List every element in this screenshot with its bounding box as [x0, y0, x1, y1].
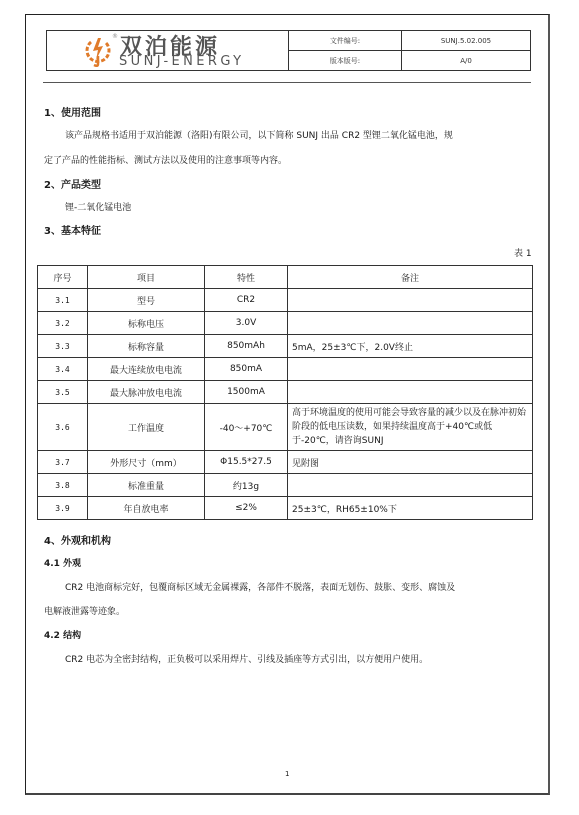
version-row: 版本版号: A/0 — [289, 50, 530, 70]
cell-note — [288, 358, 533, 381]
table-row: 3.2 标称电压 3.0V — [38, 312, 533, 335]
cell-item: 最大脉冲放电电流 — [88, 381, 205, 404]
doc-number-label: 文件编号: — [289, 31, 402, 50]
cell-seq: 3.7 — [38, 451, 88, 474]
table-row: 3.8 标准重量 约13g — [38, 474, 533, 497]
cell-seq: 3.6 — [38, 404, 88, 451]
table-row: 3.5 最大脉冲放电电流 1500mA — [38, 381, 533, 404]
table-header-row: 序号 项目 特性 备注 — [38, 266, 533, 289]
cell-seq: 3.8 — [38, 474, 88, 497]
cell-seq: 3.4 — [38, 358, 88, 381]
cell-note — [288, 289, 533, 312]
section-4-title: 4、外观和机构 — [44, 532, 111, 547]
cell-seq: 3.1 — [38, 289, 88, 312]
section-4-1-line-1: CR2 电池商标完好，包覆商标区域无金属裸露，各部件不脱落，表面无划伤、鼓胀、变… — [65, 580, 455, 593]
cell-seq: 3.3 — [38, 335, 88, 358]
cell-spec: 3.0V — [205, 312, 288, 335]
cell-item: 标称容量 — [88, 335, 205, 358]
section-4-1-line-2: 电解液泄露等迹象。 — [44, 604, 125, 617]
cell-spec: 1500mA — [205, 381, 288, 404]
cell-seq: 3.5 — [38, 381, 88, 404]
header-seq: 序号 — [38, 266, 88, 289]
cell-note: 25±3℃，RH65±10%下 — [288, 497, 533, 520]
version-value: A/0 — [402, 51, 530, 70]
cell-item: 型号 — [88, 289, 205, 312]
section-1-line-1: 该产品规格书适用于双泊能源（洛阳)有限公司，以下简称 SUNJ 出品 CR2 型… — [65, 128, 453, 141]
cell-spec: -40～+70℃ — [205, 404, 288, 451]
cell-note: 高于环境温度的使用可能会导致容量的减少以及在脉冲初始阶段的低电压读数，如果持续温… — [288, 404, 533, 451]
table-row: 3.3 标称容量 850mAh 5mA，25±3℃下，2.0V终止 — [38, 335, 533, 358]
table-row: 3.1 型号 CR2 — [38, 289, 533, 312]
header-divider — [43, 82, 531, 83]
doc-number-value: SUNJ.5.02.005 — [402, 31, 530, 50]
cell-spec: Φ15.5*27.5 — [205, 451, 288, 474]
page-number: 1 — [285, 770, 289, 778]
section-2-body: 锂-二氧化锰电池 — [65, 200, 131, 213]
cell-seq: 3.2 — [38, 312, 88, 335]
version-label: 版本版号: — [289, 51, 402, 70]
cell-spec: CR2 — [205, 289, 288, 312]
cell-item: 外形尺寸（mm） — [88, 451, 205, 474]
section-1-title: 1、使用范围 — [44, 104, 101, 119]
logo-english-name: SUNJ-ENERGY — [119, 54, 245, 69]
header-item: 项目 — [88, 266, 205, 289]
cell-item: 最大连续放电电流 — [88, 358, 205, 381]
table-row: 3.6 工作温度 -40～+70℃ 高于环境温度的使用可能会导致容量的减少以及在… — [38, 404, 533, 451]
cell-item: 年自放电率 — [88, 497, 205, 520]
section-4-2-title: 4.2 结构 — [44, 628, 81, 641]
cell-note — [288, 381, 533, 404]
company-logo: ® 双泊能源 SUNJ-ENERGY — [47, 31, 289, 70]
section-2-title: 2、产品类型 — [44, 176, 101, 191]
cell-note — [288, 474, 533, 497]
section-3-title: 3、基本特征 — [44, 222, 101, 237]
cell-spec: 850mA — [205, 358, 288, 381]
cell-item: 标准重量 — [88, 474, 205, 497]
lightning-logo-icon — [83, 34, 113, 68]
header-block: ® 双泊能源 SUNJ-ENERGY 文件编号: SUNJ.5.02.005 版… — [46, 30, 531, 71]
cell-note: 见附图 — [288, 451, 533, 474]
cell-seq: 3.9 — [38, 497, 88, 520]
cell-note — [288, 312, 533, 335]
spec-table: 序号 项目 特性 备注 3.1 型号 CR2 3.2 标称电压 3.0V 3.3… — [37, 265, 533, 520]
table-row: 3.7 外形尺寸（mm） Φ15.5*27.5 见附图 — [38, 451, 533, 474]
section-4-1-title: 4.1 外观 — [44, 556, 81, 569]
cell-note: 5mA，25±3℃下，2.0V终止 — [288, 335, 533, 358]
table-row: 3.9 年自放电率 ≤2% 25±3℃，RH65±10%下 — [38, 497, 533, 520]
cell-spec: 约13g — [205, 474, 288, 497]
cell-spec: 850mAh — [205, 335, 288, 358]
doc-number-row: 文件编号: SUNJ.5.02.005 — [289, 31, 530, 50]
section-4-2-body: CR2 电芯为全密封结构，正负极可以采用焊片、引线及插座等方式引出，以方便用户使… — [65, 652, 428, 665]
cell-item: 标称电压 — [88, 312, 205, 335]
registered-mark: ® — [112, 33, 118, 40]
section-1-line-2: 定了产品的性能指标、测试方法以及使用的注意事项等内容。 — [44, 153, 287, 166]
header-note: 备注 — [288, 266, 533, 289]
cell-spec: ≤2% — [205, 497, 288, 520]
cell-item: 工作温度 — [88, 404, 205, 451]
header-spec: 特性 — [205, 266, 288, 289]
header-meta: 文件编号: SUNJ.5.02.005 版本版号: A/0 — [289, 31, 530, 70]
table-caption: 表 1 — [514, 246, 532, 259]
table-row: 3.4 最大连续放电电流 850mA — [38, 358, 533, 381]
